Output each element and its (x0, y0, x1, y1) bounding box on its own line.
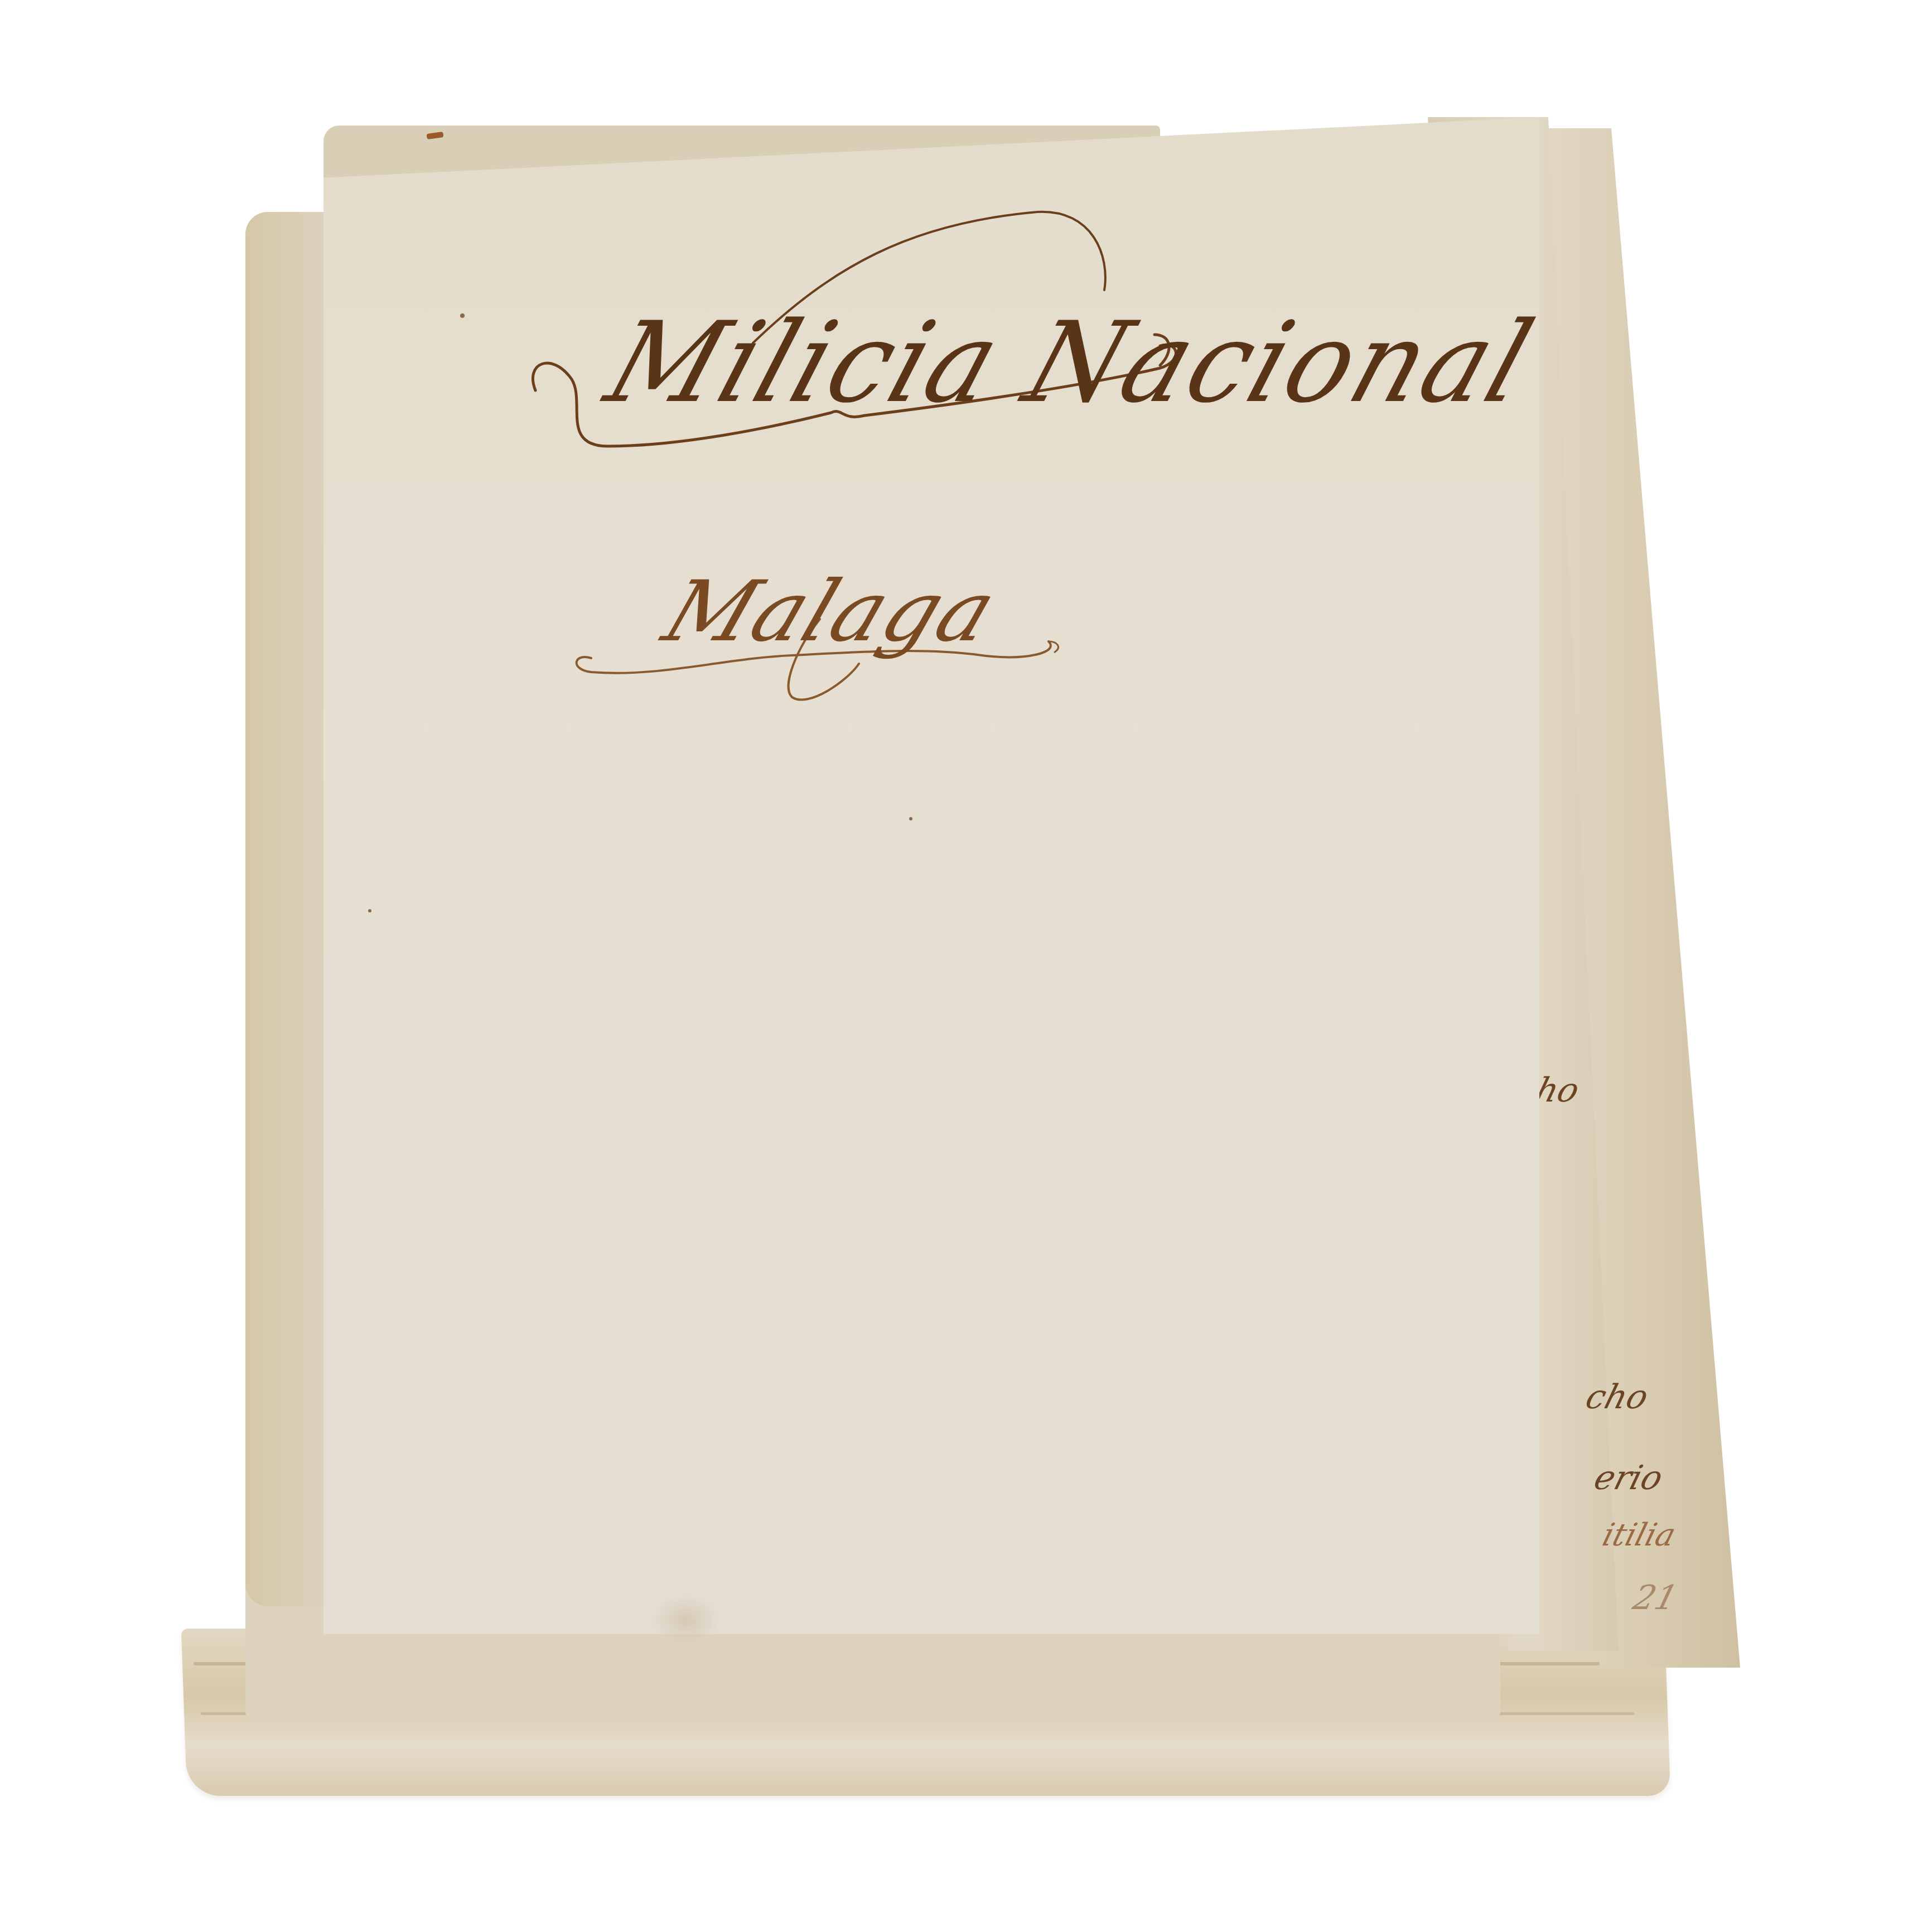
photo-stage: ci ion tra ias o o ho cho erio itilia 21… (0, 0, 1932, 1932)
handwritten-subtitle: Malaga (558, 558, 1104, 736)
margin-fragment: itilia (1598, 1517, 1679, 1553)
paper-stain (653, 1595, 719, 1645)
ink-speck (368, 909, 371, 912)
ink-speck (909, 817, 912, 820)
margin-fragment: cho (1582, 1378, 1653, 1417)
handwritten-title: Milicia Nacional (519, 201, 1344, 463)
title-text: Milicia Nacional (592, 298, 1549, 427)
ink-speck (460, 313, 465, 318)
margin-fragment: erio (1590, 1458, 1667, 1498)
subtitle-text: Malaga (651, 563, 1009, 660)
left-page-edges (245, 212, 335, 1606)
